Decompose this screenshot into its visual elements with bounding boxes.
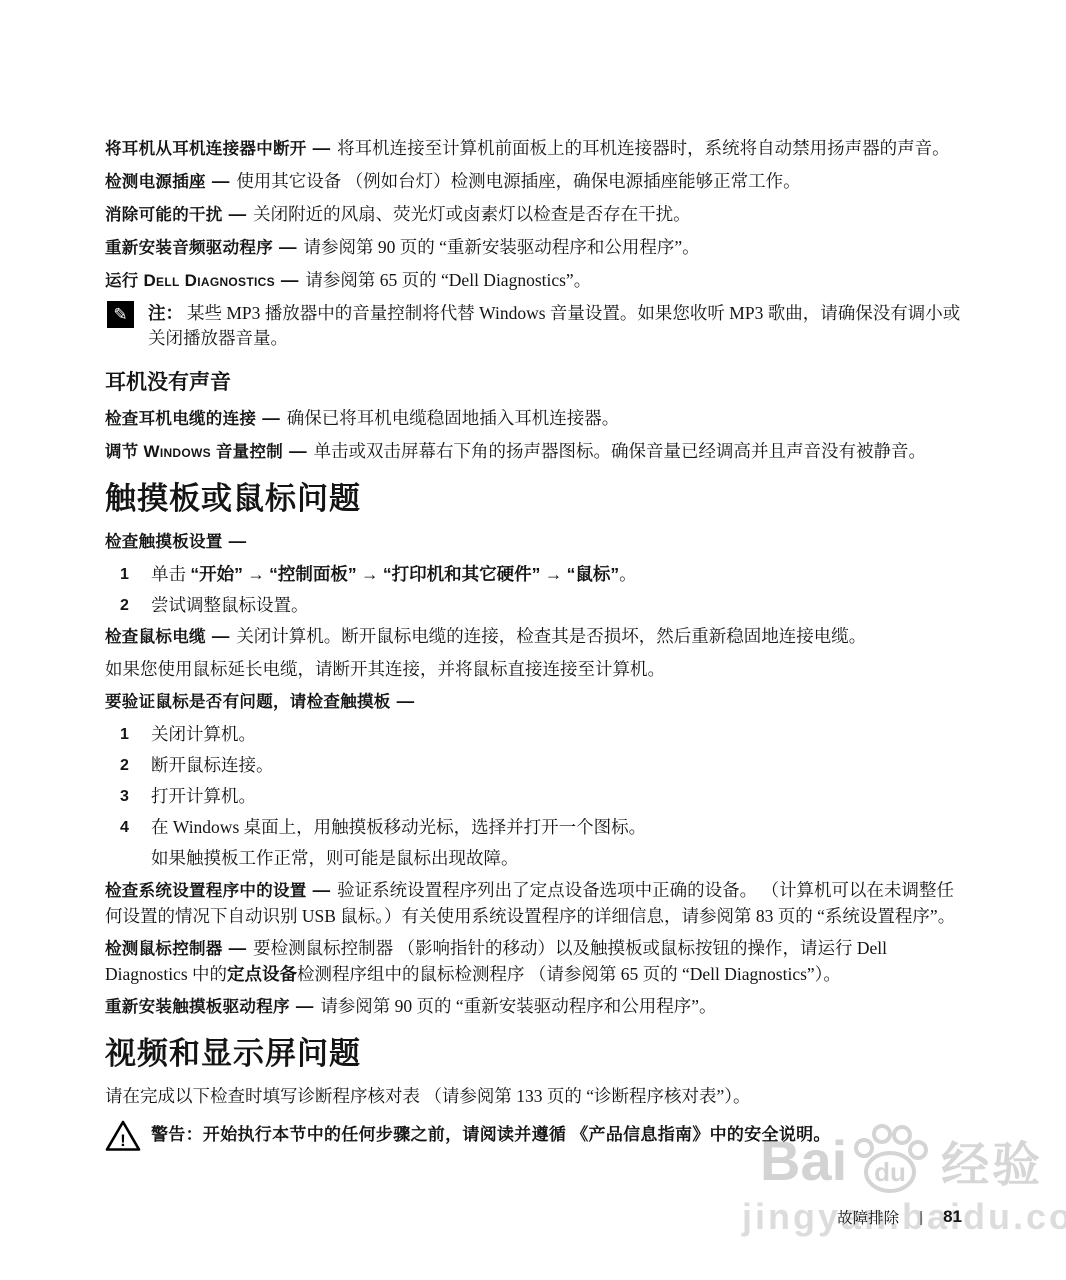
step-number: 4 bbox=[105, 815, 151, 840]
step-number: 1 bbox=[105, 722, 151, 747]
note-body-run: 某些 MP3 播放器中的音量控制将代替 Windows 音量设置。如果您收听 M… bbox=[148, 303, 960, 348]
entry-body-run: 确保已将耳机电缆稳固地插入耳机连接器。 bbox=[287, 408, 620, 428]
step-text: 在 Windows 桌面上，用触摸板移动光标，选择并打开一个图标。 bbox=[151, 815, 963, 840]
step-item: 2尝试调整鼠标设置。 bbox=[105, 593, 963, 618]
step-text-run: “开始” bbox=[190, 564, 243, 584]
section-heading: 触摸板或鼠标问题 bbox=[105, 479, 963, 519]
step-number: 2 bbox=[105, 753, 151, 778]
step-text-run: 单击 bbox=[151, 564, 190, 584]
em-dash: — bbox=[212, 626, 230, 646]
step-text: 单击 “开始” → “控制面板” → “打印机和其它硬件” → “鼠标”。 bbox=[151, 562, 963, 587]
subsection-heading: 耳机没有声音 bbox=[105, 369, 963, 397]
step-text-run: “控制面板” bbox=[269, 564, 357, 584]
em-dash: — bbox=[229, 204, 247, 224]
troubleshooting-entry: 重新安装音频驱动程序—请参阅第 90 页的 “重新安装驱动程序和公用程序”。 bbox=[105, 235, 963, 261]
paragraph: 如果您使用鼠标延长电缆，请断开其连接，并将鼠标直接连接至计算机。 bbox=[105, 657, 963, 682]
entry-term-run: Dell Diagnostics bbox=[143, 271, 274, 290]
entry-term: 重新安装音频驱动程序 bbox=[105, 239, 273, 257]
step-text-run: 。 bbox=[619, 564, 637, 584]
entry-body: 使用其它设备 （例如台灯）检测电源插座，确保电源插座能够正常工作。 bbox=[236, 171, 800, 191]
entry-term-run: 检查系统设置程序中的设置 bbox=[105, 882, 307, 900]
warning-block: !警告：开始执行本节中的任何步骤之前，请阅读并遵循 《产品信息指南》中的安全说明… bbox=[105, 1119, 963, 1157]
entry-body: 关闭附近的风扇、荧光灯或卤素灯以检查是否存在干扰。 bbox=[253, 204, 691, 224]
step-text-run: → bbox=[357, 564, 383, 584]
entry-body: 请参阅第 90 页的 “重新安装驱动程序和公用程序”。 bbox=[304, 237, 700, 257]
entry-term-run: 将耳机从耳机连接器中断开 bbox=[105, 140, 307, 158]
em-dash: — bbox=[296, 996, 314, 1016]
em-dash: — bbox=[262, 408, 280, 428]
section-heading: 视频和显示屏问题 bbox=[105, 1034, 963, 1074]
warning-text: 警告：开始执行本节中的任何步骤之前，请阅读并遵循 《产品信息指南》中的安全说明。 bbox=[151, 1119, 831, 1147]
warning-triangle-icon: ! bbox=[105, 1120, 141, 1157]
step-text-run: 尝试调整鼠标设置。 bbox=[151, 595, 309, 615]
entry-term: 检查系统设置程序中的设置 bbox=[105, 882, 307, 900]
step-text-run: 断开鼠标连接。 bbox=[151, 755, 274, 775]
em-dash: — bbox=[313, 880, 331, 900]
step-number: 3 bbox=[105, 784, 151, 809]
page-content: 将耳机从耳机连接器中断开—将耳机连接至计算机前面板上的耳机连接器时，系统将自动禁… bbox=[105, 136, 963, 1157]
troubleshooting-entry: 运行 Dell Diagnostics—请参阅第 65 页的 “Dell Dia… bbox=[105, 268, 963, 294]
entry-term-run: 检查耳机电缆的连接 bbox=[105, 410, 256, 428]
entry-term: 重新安装触摸板驱动程序 bbox=[105, 998, 290, 1016]
note-label: 注： bbox=[148, 303, 183, 323]
entry-term-run: 调节 bbox=[105, 443, 143, 461]
troubleshooting-entry: 将耳机从耳机连接器中断开—将耳机连接至计算机前面板上的耳机连接器时，系统将自动禁… bbox=[105, 136, 963, 162]
entry-body-run: 检测程序组中的鼠标检测程序 （请参阅第 65 页的 “Dell Diagnost… bbox=[297, 964, 841, 984]
step-text: 尝试调整鼠标设置。 bbox=[151, 593, 963, 618]
step-item: 1单击 “开始” → “控制面板” → “打印机和其它硬件” → “鼠标”。 bbox=[105, 562, 963, 587]
em-dash: — bbox=[279, 237, 297, 257]
step-item: 3打开计算机。 bbox=[105, 784, 963, 809]
entry-term-run: 要验证鼠标是否有问题，请检查触摸板 bbox=[105, 693, 391, 711]
entry-body-run: 请参阅第 65 页的 “Dell Diagnostics”。 bbox=[305, 270, 591, 290]
step-text: 关闭计算机。 bbox=[151, 722, 963, 747]
warning-exclamation-glyph: ! bbox=[120, 1131, 126, 1150]
entry-term: 检测鼠标控制器 bbox=[105, 940, 223, 958]
entry-body-run: 使用其它设备 （例如台灯）检测电源插座，确保电源插座能够正常工作。 bbox=[236, 171, 800, 191]
entry-body-run: 将耳机连接至计算机前面板上的耳机连接器时，系统将自动禁用扬声器的声音。 bbox=[337, 138, 950, 158]
troubleshooting-entry: 检查耳机电缆的连接—确保已将耳机电缆稳固地插入耳机连接器。 bbox=[105, 406, 963, 432]
paragraph: 请在完成以下检查时填写诊断程序核对表 （请参阅第 133 页的 “诊断程序核对表… bbox=[105, 1084, 963, 1109]
entry-body: 将耳机连接至计算机前面板上的耳机连接器时，系统将自动禁用扬声器的声音。 bbox=[337, 138, 950, 158]
entry-body: 单击或双击屏幕右下角的扬声器图标。确保音量已经调高并且声音没有被静音。 bbox=[314, 441, 927, 461]
footer-section-label: 故障排除 bbox=[837, 1206, 899, 1228]
entry-term-run: Windows bbox=[143, 442, 210, 461]
manual-page: Bai du 经验 jingyan.baidu.com 将耳机从耳机连接器中断开… bbox=[0, 0, 1066, 1280]
step-text: 断开鼠标连接。 bbox=[151, 753, 963, 778]
entry-term-run: 重新安装触摸板驱动程序 bbox=[105, 998, 290, 1016]
entry-body-run: 关闭附近的风扇、荧光灯或卤素灯以检查是否存在干扰。 bbox=[253, 204, 691, 224]
step-continuation: 如果触摸板工作正常，则可能是鼠标出现故障。 bbox=[151, 846, 963, 871]
em-dash: — bbox=[229, 531, 247, 551]
em-dash: — bbox=[313, 138, 331, 158]
troubleshooting-entry: 调节 Windows 音量控制—单击或双击屏幕右下角的扬声器图标。确保音量已经调… bbox=[105, 439, 963, 465]
troubleshooting-entry: 检查系统设置程序中的设置—验证系统设置程序列出了定点设备选项中正确的设备。 （计… bbox=[105, 878, 963, 929]
entry-term-run: 检查触摸板设置 bbox=[105, 533, 223, 551]
entry-term: 检查鼠标电缆 bbox=[105, 628, 206, 646]
note-text: 注：某些 MP3 播放器中的音量控制将代替 Windows 音量设置。如果您收听… bbox=[148, 301, 963, 351]
entry-term-run: 重新安装音频驱动程序 bbox=[105, 239, 273, 257]
entry-body: 请参阅第 65 页的 “Dell Diagnostics”。 bbox=[305, 270, 591, 290]
entry-term-run: 音量控制 bbox=[211, 443, 283, 461]
entry-term: 检查触摸板设置 bbox=[105, 533, 223, 551]
entry-body-run: 定点设备 bbox=[227, 964, 297, 984]
troubleshooting-entry: 消除可能的干扰—关闭附近的风扇、荧光灯或卤素灯以检查是否存在干扰。 bbox=[105, 202, 963, 228]
entry-term: 调节 Windows 音量控制 bbox=[105, 443, 283, 461]
warning-text-run: 开始执行本节中的任何步骤之前，请阅读并遵循 《产品信息指南》中的安全说明。 bbox=[203, 1125, 831, 1144]
watermark-text-du: du bbox=[874, 1157, 906, 1187]
em-dash: — bbox=[281, 270, 299, 290]
entry-body-run: 请参阅第 90 页的 “重新安装驱动程序和公用程序”。 bbox=[304, 237, 700, 257]
footer-separator: | bbox=[919, 1209, 923, 1226]
entry-term: 检测电源插座 bbox=[105, 173, 206, 191]
entry-term: 运行 Dell Diagnostics bbox=[105, 272, 275, 290]
step-continuation-run: 如果触摸板工作正常，则可能是鼠标出现故障。 bbox=[151, 848, 519, 868]
entry-term-run: 消除可能的干扰 bbox=[105, 206, 223, 224]
troubleshooting-entry: 检测鼠标控制器—要检测鼠标控制器 （影响指针的移动）以及触摸板或鼠标按钮的操作，… bbox=[105, 936, 963, 987]
entry-body: 请参阅第 90 页的 “重新安装驱动程序和公用程序”。 bbox=[320, 996, 716, 1016]
entry-term-run: 检查鼠标电缆 bbox=[105, 628, 206, 646]
entry-body-run: 单击或双击屏幕右下角的扬声器图标。确保音量已经调高并且声音没有被静音。 bbox=[314, 441, 927, 461]
step-text: 打开计算机。 bbox=[151, 784, 963, 809]
step-item: 1关闭计算机。 bbox=[105, 722, 963, 747]
entry-term: 检查耳机电缆的连接 bbox=[105, 410, 256, 428]
step-text-run: → bbox=[243, 564, 269, 584]
step-item: 2断开鼠标连接。 bbox=[105, 753, 963, 778]
footer-page-number: 81 bbox=[943, 1207, 962, 1227]
troubleshooting-entry: 检测电源插座—使用其它设备 （例如台灯）检测电源插座，确保电源插座能够正常工作。 bbox=[105, 169, 963, 195]
entry-body-run: 关闭计算机。断开鼠标电缆的连接，检查其是否损坏，然后重新稳固地连接电缆。 bbox=[236, 626, 866, 646]
troubleshooting-entry: 检查触摸板设置— bbox=[105, 529, 963, 555]
em-dash: — bbox=[229, 938, 247, 958]
paragraph-run: 如果您使用鼠标延长电缆，请断开其连接，并将鼠标直接连接至计算机。 bbox=[105, 659, 665, 679]
em-dash: — bbox=[289, 441, 307, 461]
troubleshooting-entry: 要验证鼠标是否有问题，请检查触摸板— bbox=[105, 689, 963, 715]
entry-term-run: 检测电源插座 bbox=[105, 173, 206, 191]
step-item: 4在 Windows 桌面上，用触摸板移动光标，选择并打开一个图标。 bbox=[105, 815, 963, 840]
step-text-run: “打印机和其它硬件” bbox=[383, 564, 541, 584]
entry-body: 确保已将耳机电缆稳固地插入耳机连接器。 bbox=[287, 408, 620, 428]
troubleshooting-entry: 重新安装触摸板驱动程序—请参阅第 90 页的 “重新安装驱动程序和公用程序”。 bbox=[105, 994, 963, 1020]
step-number: 2 bbox=[105, 593, 151, 618]
step-text-run: 在 Windows 桌面上，用触摸板移动光标，选择并打开一个图标。 bbox=[151, 817, 646, 837]
entry-term-run: 运行 bbox=[105, 272, 143, 290]
step-text-run: “鼠标” bbox=[567, 564, 620, 584]
entry-term: 消除可能的干扰 bbox=[105, 206, 223, 224]
entry-term-run: 检测鼠标控制器 bbox=[105, 940, 223, 958]
paragraph-run: 请在完成以下检查时填写诊断程序核对表 （请参阅第 133 页的 “诊断程序核对表… bbox=[105, 1086, 751, 1106]
note-pencil-icon: ✎ bbox=[107, 301, 134, 328]
step-text-run: 关闭计算机。 bbox=[151, 724, 256, 744]
step-text-run: → bbox=[540, 564, 566, 584]
warning-label: 警告： bbox=[151, 1125, 203, 1144]
step-number: 1 bbox=[105, 562, 151, 587]
em-dash: — bbox=[212, 171, 230, 191]
em-dash: — bbox=[397, 691, 415, 711]
entry-term: 将耳机从耳机连接器中断开 bbox=[105, 140, 307, 158]
step-text-run: 打开计算机。 bbox=[151, 786, 256, 806]
entry-term: 要验证鼠标是否有问题，请检查触摸板 bbox=[105, 693, 391, 711]
troubleshooting-entry: 检查鼠标电缆—关闭计算机。断开鼠标电缆的连接，检查其是否损坏，然后重新稳固地连接… bbox=[105, 624, 963, 650]
page-footer: 故障排除 | 81 bbox=[837, 1206, 962, 1228]
entry-body-run: 请参阅第 90 页的 “重新安装驱动程序和公用程序”。 bbox=[320, 996, 716, 1016]
note-block: ✎注：某些 MP3 播放器中的音量控制将代替 Windows 音量设置。如果您收… bbox=[107, 301, 963, 351]
entry-body: 关闭计算机。断开鼠标电缆的连接，检查其是否损坏，然后重新稳固地连接电缆。 bbox=[236, 626, 866, 646]
